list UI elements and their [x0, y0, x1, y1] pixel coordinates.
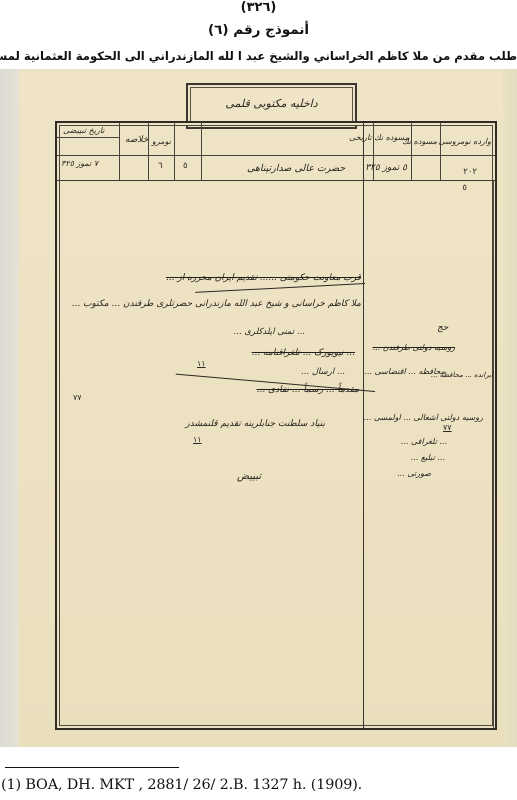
value-draft-date: ٥ تموز ٣٢٥ — [365, 163, 407, 173]
header-divider-small — [57, 137, 119, 138]
body-mark: ١١ — [193, 435, 202, 444]
col-divider — [119, 123, 120, 180]
col-divider — [174, 123, 175, 180]
body-column-divider — [363, 123, 364, 728]
side-note: ... تبلیغ ... — [411, 453, 445, 462]
col-divider — [148, 123, 149, 180]
scan-right-edge — [503, 69, 517, 747]
body-line: ملا کاظم خراسانی و شیخ عبد الله مازندران… — [72, 299, 361, 309]
ruled-form: وارده نومروسی مسوده نك مسوده نك تاریخی ت… — [55, 121, 497, 730]
body-line: مقدماً ... رسماً ... نفادی ... — [257, 385, 359, 395]
signature-mark: تبییض — [237, 471, 261, 482]
side-note: روسیه دولتی اشغالی ... اولمسی ... — [364, 413, 483, 422]
scan-left-margin — [0, 69, 19, 747]
value-below-number: ٥ — [462, 183, 467, 193]
header-summary: خلاصه — [125, 135, 148, 145]
footnote-separator — [5, 767, 179, 768]
scanned-archival-document: داخلیه مکتوبی قلمی وارده نومروسی مسوده ن… — [0, 69, 517, 747]
col-divider — [440, 123, 441, 180]
value-subject: حضرت عالی صدارتپناهی — [247, 163, 345, 174]
header-number: نومرو — [152, 137, 171, 146]
office-header-text: داخلیه مکتوبی قلمی — [188, 97, 355, 110]
col-divider — [201, 123, 202, 180]
strike-stroke — [195, 283, 365, 293]
side-note: حج — [437, 323, 448, 333]
side-note: روسیه دولتی طرفندن ... — [373, 343, 455, 352]
value-clean-copy-date: ٧ تموز ٣٢٥ — [61, 159, 98, 168]
footnote: (1) BOA, DH. MKT , 2881/ 26/ 2.B. 1327 h… — [1, 775, 517, 795]
form-header-row: وارده نومروسی مسوده نك مسوده نك تاریخی ت… — [57, 123, 495, 181]
body-mark: ٧٧ — [73, 393, 82, 402]
side-margin-note: ایرانده ... محافظه ... — [431, 371, 493, 379]
body-line: ... نیویورک ... تلغرافنامه ... — [252, 348, 355, 358]
header-divider — [57, 155, 495, 156]
value-incoming-number: ٢٠٢ — [463, 167, 477, 177]
body-mark: ١١ — [197, 359, 206, 368]
document-caption: طلب مقدم من ملا كاظم الخراساني والشيخ عب… — [0, 44, 517, 65]
value-col-a: ٥ — [183, 161, 188, 171]
side-mark: ٧٧ — [443, 423, 452, 432]
body-line: قرب معاونت حکومتی ...... تقدیم ایران محر… — [166, 273, 361, 283]
side-note: ... تلغرافی ... — [401, 437, 447, 446]
side-note: صورتی ... — [397, 469, 431, 478]
header-clean-copy-date: تاریخ تبییضی — [63, 126, 105, 135]
body-line: ... تمنی ایلدکلری ... — [234, 327, 305, 337]
caption-text: طلب مقدم من ملا كاظم الخراساني والشيخ عب… — [0, 49, 517, 63]
model-title: أنموذج رقم (٦) — [0, 21, 517, 39]
body-line: ... ارسال ... — [301, 367, 345, 377]
body-line: بنیاد سلطنت جنابلرینه تقدیم قلنمشدر — [185, 419, 325, 429]
right-margin-rule — [493, 180, 494, 728]
header-incoming-number: وارده نومروسی — [438, 137, 491, 146]
scan-paper: داخلیه مکتوبی قلمی وارده نومروسی مسوده ن… — [19, 69, 517, 747]
col-divider — [411, 123, 412, 180]
value-col-b: ٦ — [158, 161, 163, 171]
page-number: (٣٢٦) — [0, 0, 517, 16]
header-draft-date: مسوده نك تاریخی — [349, 133, 409, 142]
